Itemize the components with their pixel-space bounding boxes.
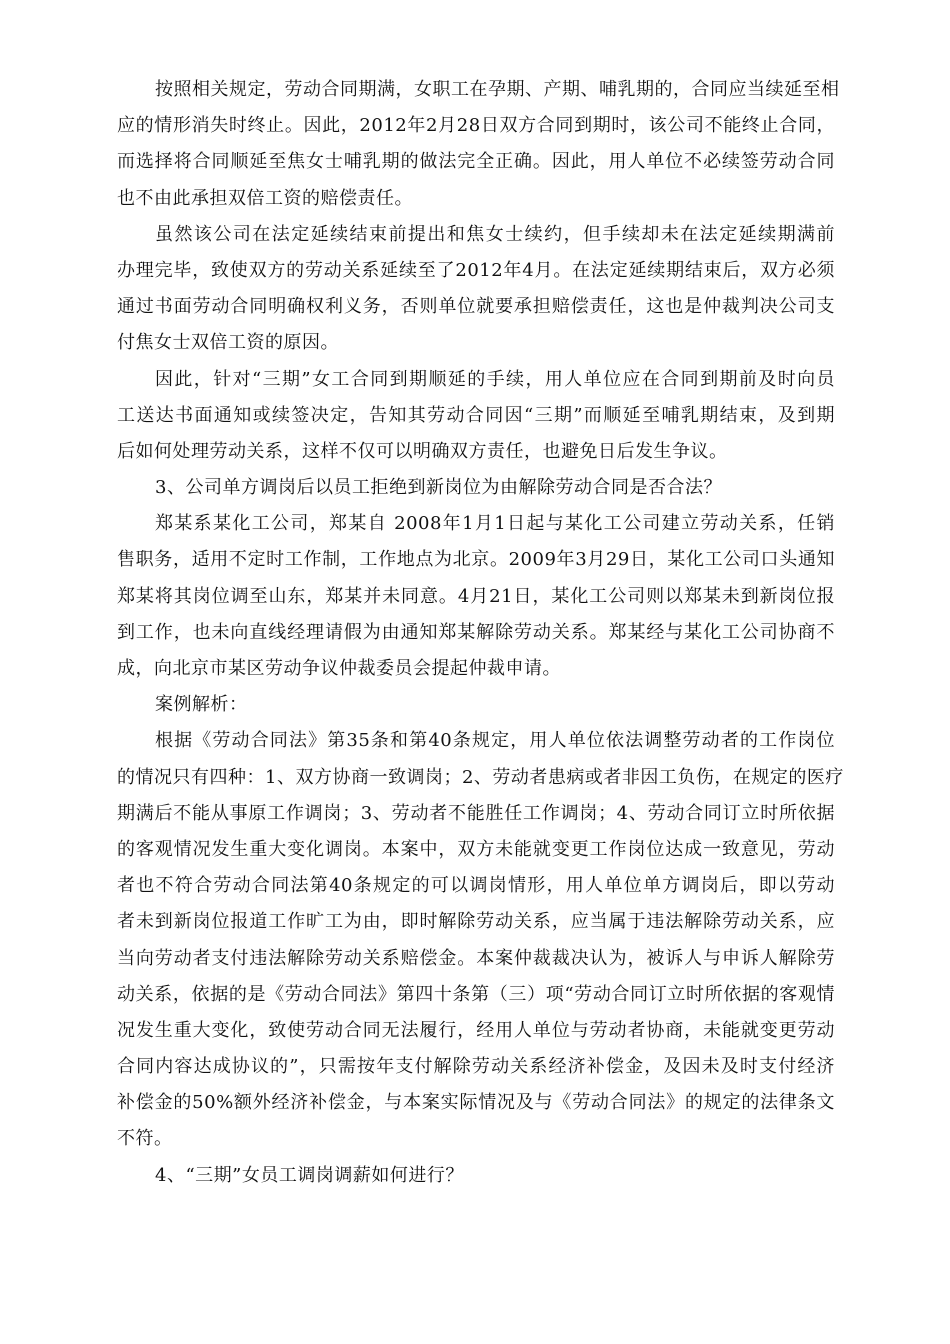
paragraph-recommendation: 因此，针对“三期”女工合同到期顺延的手续，用人单位应在合同到期前及时向员 工送达… — [117, 362, 835, 471]
text-line: 的情况只有四种：1、双方协商一致调岗；2、劳动者患病或者非因工负伤，在规定的医疗 — [117, 760, 835, 796]
text-line: 成，向北京市某区劳动争议仲裁委员会提起仲裁申请。 — [117, 651, 835, 687]
document-body: 按照相关规定，劳动合同期满，女职工在孕期、产期、哺乳期的，合同应当续延至相 应的… — [117, 72, 835, 1194]
text-line: 合同内容达成协议的”，只需按年支付解除劳动关系经济补偿金，及因未及时支付经济 — [117, 1049, 835, 1085]
text-line: 的客观情况发生重大变化调岗。本案中，双方未能就变更工作岗位达成一致意见，劳动 — [117, 832, 835, 868]
heading-text: 3、公司单方调岗后以员工拒绝到新岗位为由解除劳动合同是否合法？ — [117, 470, 835, 506]
document-page: 按照相关规定，劳动合同期满，女职工在孕期、产期、哺乳期的，合同应当续延至相 应的… — [0, 0, 950, 1344]
text-line: 郑某系某化工公司，郑某自 2008年1月1日起与某化工公司建立劳动关系，任销 — [117, 506, 835, 542]
text-line: 而选择将合同顺延至焦女士哺乳期的做法完全正确。因此，用人单位不必续签劳动合同 — [117, 144, 835, 180]
section-heading-3: 3、公司单方调岗后以员工拒绝到新岗位为由解除劳动合同是否合法？ — [117, 470, 835, 506]
text-line: 郑某将其岗位调至山东，郑某并未同意。4月21日，某化工公司则以郑某未到新岗位报 — [117, 579, 835, 615]
text-line: 按照相关规定，劳动合同期满，女职工在孕期、产期、哺乳期的，合同应当续延至相 — [117, 72, 835, 108]
text-line: 者也不符合劳动合同法第40条规定的可以调岗情形，用人单位单方调岗后，即以劳动 — [117, 868, 835, 904]
text-line: 案例解析： — [117, 687, 835, 723]
text-line: 到工作，也未向直线经理请假为由通知郑某解除劳动关系。郑某经与某化工公司协商不 — [117, 615, 835, 651]
text-line: 办理完毕，致使双方的劳动关系延续至了2012年4月。在法定延续期结束后，双方必须 — [117, 253, 835, 289]
text-line: 补偿金的50%额外经济补偿金，与本案实际情况及与《劳动合同法》的规定的法律条文 — [117, 1085, 835, 1121]
paragraph-renewal-delay: 虽然该公司在法定延续结束前提出和焦女士续约，但手续却未在法定延续期满前 办理完毕… — [117, 217, 835, 362]
text-line: 不符。 — [117, 1121, 835, 1157]
section-heading-4: 4、“三期”女员工调岗调薪如何进行？ — [117, 1158, 835, 1194]
text-line: 者未到新岗位报道工作旷工为由，即时解除劳动关系，应当属于违法解除劳动关系，应 — [117, 904, 835, 940]
text-line: 虽然该公司在法定延续结束前提出和焦女士续约，但手续却未在法定延续期满前 — [117, 217, 835, 253]
text-line: 期满后不能从事原工作调岗；3、劳动者不能胜任工作调岗；4、劳动合同订立时所依据 — [117, 796, 835, 832]
text-line: 况发生重大变化，致使劳动合同无法履行，经用人单位与劳动者协商，未能就变更劳动 — [117, 1013, 835, 1049]
text-line: 通过书面劳动合同明确权利义务，否则单位就要承担赔偿责任，这也是仲裁判决公司支 — [117, 289, 835, 325]
text-line: 售职务，适用不定时工作制，工作地点为北京。2009年3月29日，某化工公司口头通… — [117, 542, 835, 578]
text-line: 付焦女士双倍工资的原因。 — [117, 325, 835, 361]
text-line: 因此，针对“三期”女工合同到期顺延的手续，用人单位应在合同到期前及时向员 — [117, 362, 835, 398]
text-line: 应的情形消失时终止。因此，2012年2月28日双方合同到期时，该公司不能终止合同… — [117, 108, 835, 144]
text-line: 也不由此承担双倍工资的赔偿责任。 — [117, 181, 835, 217]
paragraph-case-analysis: 根据《劳动合同法》第35条和第40条规定，用人单位依法调整劳动者的工作岗位 的情… — [117, 723, 835, 1157]
paragraph-case-analysis-label: 案例解析： — [117, 687, 835, 723]
paragraph-case-facts: 郑某系某化工公司，郑某自 2008年1月1日起与某化工公司建立劳动关系，任销 售… — [117, 506, 835, 687]
heading-text: 4、“三期”女员工调岗调薪如何进行？ — [117, 1158, 835, 1194]
text-line: 后如何处理劳动关系，这样不仅可以明确双方责任，也避免日后发生争议。 — [117, 434, 835, 470]
text-line: 动关系，依据的是《劳动合同法》第四十条第（三）项“劳动合同订立时所依据的客观情 — [117, 977, 835, 1013]
paragraph-contract-extension: 按照相关规定，劳动合同期满，女职工在孕期、产期、哺乳期的，合同应当续延至相 应的… — [117, 72, 835, 217]
text-line: 根据《劳动合同法》第35条和第40条规定，用人单位依法调整劳动者的工作岗位 — [117, 723, 835, 759]
text-line: 工送达书面通知或续签决定，告知其劳动合同因“三期”而顺延至哺乳期结束，及到期 — [117, 398, 835, 434]
text-line: 当向劳动者支付违法解除劳动关系赔偿金。本案仲裁裁决认为，被诉人与申诉人解除劳 — [117, 941, 835, 977]
